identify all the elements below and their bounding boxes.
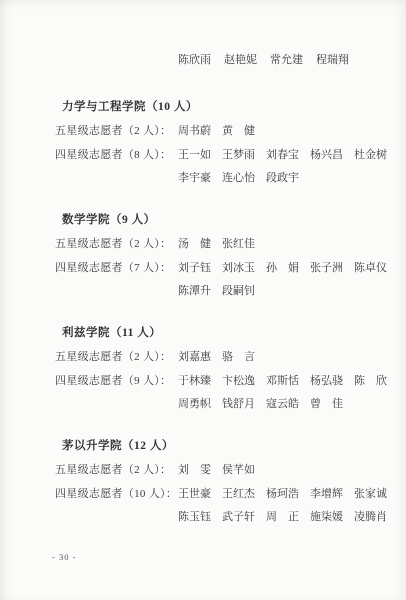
volunteer-level-label: 四星级志愿者（8 人）： xyxy=(55,147,178,163)
volunteer-name-line: 周书蔚黄 健 xyxy=(178,123,255,139)
volunteer-name: 陈 欣 xyxy=(354,373,387,389)
volunteer-name: 卞松逸 xyxy=(222,373,255,389)
volunteer-name: 张红佳 xyxy=(222,236,255,252)
volunteer-name: 周书蔚 xyxy=(178,123,211,139)
volunteer-name: 周勇帜 xyxy=(178,396,211,412)
volunteer-level-label: 四星级志愿者（7 人）： xyxy=(55,260,178,276)
volunteer-name: 刘 雯 xyxy=(178,462,211,478)
volunteer-level-label: 四星级志愿者（9 人）： xyxy=(55,373,178,389)
volunteer-level-label: 五星级志愿者（2 人）： xyxy=(55,349,178,365)
volunteer-name: 王梦雨 xyxy=(222,147,255,163)
volunteer-name: 段政宇 xyxy=(266,170,299,186)
document-page: 陈欣雨赵艳妮常允建程瑞翔 力学与工程学院（10 人）五星级志愿者（2 人）：周书… xyxy=(0,0,406,600)
college-section: 茅以升学院（12 人）五星级志愿者（2 人）：刘 雯侯芊如四星级志愿者（10 人… xyxy=(55,438,400,525)
volunteer-name-lines: 汤 健张红佳 xyxy=(178,236,255,252)
volunteer-name: 骆 言 xyxy=(222,349,255,365)
volunteer-name: 于林臻 xyxy=(178,373,211,389)
volunteer-name: 连心怡 xyxy=(222,170,255,186)
volunteer-name-line: 王世豪王红杰杨珂浩李增辉张家诚 xyxy=(178,486,387,502)
volunteer-name: 凌腾肖 xyxy=(354,509,387,525)
volunteer-name: 曾 佳 xyxy=(310,396,343,412)
volunteer-name: 陈卓仪 xyxy=(354,260,387,276)
volunteer-name: 杨兴昌 xyxy=(310,147,343,163)
volunteer-name: 杜金树 xyxy=(354,147,387,163)
volunteer-name-lines: 刘嘉惠骆 言 xyxy=(178,349,255,365)
volunteer-name: 武子轩 xyxy=(222,509,255,525)
volunteer-name: 李增辉 xyxy=(310,486,343,502)
volunteer-row: 五星级志愿者（2 人）：周书蔚黄 健 xyxy=(55,123,400,139)
volunteer-name: 王一如 xyxy=(178,147,211,163)
volunteer-row: 五星级志愿者（2 人）：汤 健张红佳 xyxy=(55,236,400,252)
college-title: 茅以升学院（12 人） xyxy=(62,438,400,454)
volunteer-name: 侯芊如 xyxy=(222,462,255,478)
college-section: 力学与工程学院（10 人）五星级志愿者（2 人）：周书蔚黄 健四星级志愿者（8 … xyxy=(55,99,400,186)
volunteer-name: 寇云皓 xyxy=(266,396,299,412)
volunteer-name-lines: 刘子钰刘冰玉孙 娟张子洲陈卓仪陈潭升段嗣钊 xyxy=(178,260,387,299)
volunteer-name: 王红杰 xyxy=(222,486,255,502)
volunteer-row: 四星级志愿者（9 人）：于林臻卞松逸邓斯恬杨弘骁陈 欣周勇帜钱舒月寇云皓曾 佳 xyxy=(55,373,400,412)
volunteer-row: 五星级志愿者（2 人）：刘 雯侯芊如 xyxy=(55,462,400,478)
volunteer-level-label: 五星级志愿者（2 人）： xyxy=(55,123,178,139)
volunteer-name-line: 刘 雯侯芊如 xyxy=(178,462,255,478)
volunteer-name: 邓斯恬 xyxy=(266,373,299,389)
volunteer-name: 张子洲 xyxy=(310,260,343,276)
volunteer-name: 施柒媛 xyxy=(310,509,343,525)
volunteer-name: 刘嘉惠 xyxy=(178,349,211,365)
college-title: 力学与工程学院（10 人） xyxy=(62,99,400,115)
volunteer-name-line: 汤 健张红佳 xyxy=(178,236,255,252)
volunteer-name: 李宇豪 xyxy=(178,170,211,186)
volunteer-name-lines: 周书蔚黄 健 xyxy=(178,123,255,139)
volunteer-name-line: 刘子钰刘冰玉孙 娟张子洲陈卓仪 xyxy=(178,260,387,276)
volunteer-name: 杨珂浩 xyxy=(266,486,299,502)
volunteer-name-lines: 王一如王梦雨刘春宝杨兴昌杜金树李宇豪连心怡段政宇 xyxy=(178,147,387,186)
volunteer-level-label: 四星级志愿者（10 人）： xyxy=(55,486,178,502)
volunteer-name-line: 刘嘉惠骆 言 xyxy=(178,349,255,365)
volunteer-name: 钱舒月 xyxy=(222,396,255,412)
volunteer-name: 黄 健 xyxy=(222,123,255,139)
college-title: 利兹学院（11 人） xyxy=(62,325,400,341)
college-section: 利兹学院（11 人）五星级志愿者（2 人）：刘嘉惠骆 言四星级志愿者（9 人）：… xyxy=(55,325,400,412)
volunteer-name-line: 周勇帜钱舒月寇云皓曾 佳 xyxy=(178,396,387,412)
volunteer-name-line: 李宇豪连心怡段政宇 xyxy=(178,170,387,186)
volunteer-name-lines: 刘 雯侯芊如 xyxy=(178,462,255,478)
volunteer-name-line: 陈玉钰武子轩周 正施柒媛凌腾肖 xyxy=(178,509,387,525)
volunteer-name: 常允建 xyxy=(270,52,303,68)
volunteer-name-lines: 于林臻卞松逸邓斯恬杨弘骁陈 欣周勇帜钱舒月寇云皓曾 佳 xyxy=(178,373,387,412)
volunteer-name: 张家诚 xyxy=(354,486,387,502)
volunteer-name-line: 王一如王梦雨刘春宝杨兴昌杜金树 xyxy=(178,147,387,163)
volunteer-name: 周 正 xyxy=(266,509,299,525)
college-section: 数学学院（9 人）五星级志愿者（2 人）：汤 健张红佳四星级志愿者（7 人）：刘… xyxy=(55,212,400,299)
volunteer-row: 四星级志愿者（8 人）：王一如王梦雨刘春宝杨兴昌杜金树李宇豪连心怡段政宇 xyxy=(55,147,400,186)
volunteer-name: 刘冰玉 xyxy=(222,260,255,276)
volunteer-level-label: 五星级志愿者（2 人）： xyxy=(55,462,178,478)
volunteer-row: 四星级志愿者（7 人）：刘子钰刘冰玉孙 娟张子洲陈卓仪陈潭升段嗣钊 xyxy=(55,260,400,299)
volunteer-name: 陈欣雨 xyxy=(178,52,211,68)
volunteer-name: 段嗣钊 xyxy=(222,283,255,299)
volunteer-name: 程瑞翔 xyxy=(316,52,349,68)
volunteer-row: 五星级志愿者（2 人）：刘嘉惠骆 言 xyxy=(55,349,400,365)
volunteer-name-line: 陈潭升段嗣钊 xyxy=(178,283,387,299)
volunteer-name: 汤 健 xyxy=(178,236,211,252)
volunteer-name-line: 于林臻卞松逸邓斯恬杨弘骁陈 欣 xyxy=(178,373,387,389)
college-sections: 力学与工程学院（10 人）五星级志愿者（2 人）：周书蔚黄 健四星级志愿者（8 … xyxy=(55,99,400,525)
volunteer-name: 孙 娟 xyxy=(266,260,299,276)
volunteer-name: 赵艳妮 xyxy=(224,52,257,68)
volunteer-name: 陈玉钰 xyxy=(178,509,211,525)
volunteer-name: 陈潭升 xyxy=(178,283,211,299)
volunteer-name: 刘子钰 xyxy=(178,260,211,276)
volunteer-name: 刘春宝 xyxy=(266,147,299,163)
volunteer-name-lines: 王世豪王红杰杨珂浩李增辉张家诚陈玉钰武子轩周 正施柒媛凌腾肖 xyxy=(178,486,387,525)
volunteer-name: 杨弘骁 xyxy=(310,373,343,389)
college-title: 数学学院（9 人） xyxy=(62,212,400,228)
continued-name-list: 陈欣雨赵艳妮常允建程瑞翔 xyxy=(178,52,400,68)
page-number: - 30 - xyxy=(52,552,76,562)
volunteer-name: 王世豪 xyxy=(178,486,211,502)
volunteer-row: 四星级志愿者（10 人）：王世豪王红杰杨珂浩李增辉张家诚陈玉钰武子轩周 正施柒媛… xyxy=(55,486,400,525)
volunteer-level-label: 五星级志愿者（2 人）： xyxy=(55,236,178,252)
